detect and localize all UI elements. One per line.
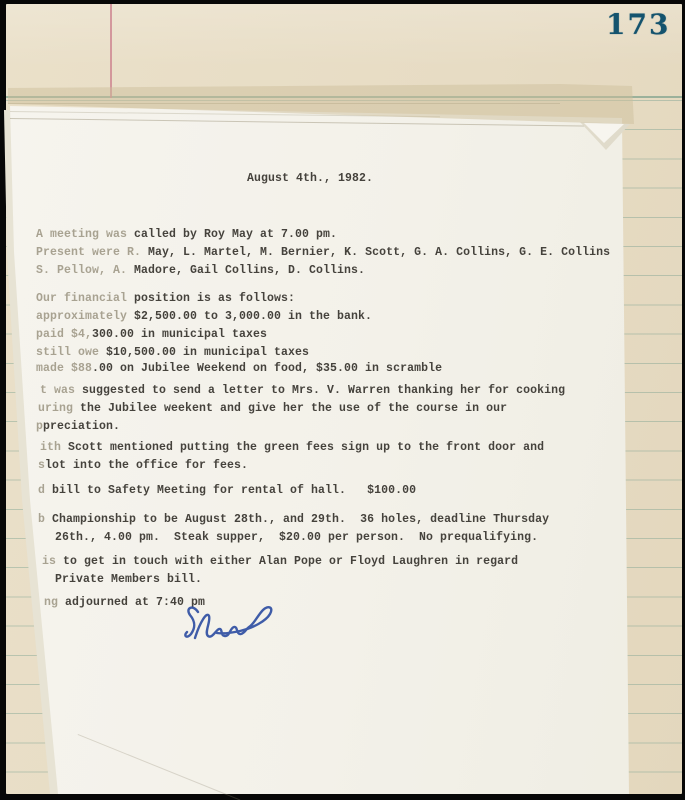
typed-line-faded-prefix: S. Pellow, A. [36, 264, 127, 277]
typed-line-text: Scott mentioned putting the green fees s… [61, 441, 544, 454]
typed-line: ith Scott mentioned putting the green fe… [40, 441, 544, 455]
typed-line-text: lot into the office for fees. [45, 459, 248, 472]
typed-line-text: 300.00 in municipal taxes [92, 328, 267, 341]
typed-line: still owe $10,500.00 in municipal taxes [36, 346, 309, 360]
typed-line: is to get in touch with either Alan Pope… [42, 555, 518, 569]
typed-line-text: May, L. Martel, M. Bernier, K. Scott, G.… [141, 246, 610, 259]
signature-scribble [183, 600, 287, 650]
typed-line-faded-prefix: p [36, 420, 43, 433]
typed-line-faded-prefix: approximately [36, 310, 127, 323]
typed-line: t was suggested to send a letter to Mrs.… [40, 384, 565, 398]
typed-line-text: the Jubilee weekent and give her the use… [73, 402, 507, 415]
signature-path [185, 607, 271, 638]
typed-line-faded-prefix: A meeting was [36, 228, 127, 241]
typed-line: A meeting was called by Roy May at 7.00 … [36, 228, 337, 242]
typed-line: slot into the office for fees. [38, 459, 248, 473]
page-number-stamp: 173 [606, 8, 670, 41]
scanned-page: August 4th., 1982. A meeting was called … [0, 0, 685, 800]
typed-line-text: preciation. [43, 420, 120, 433]
typed-line-text: Madore, Gail Collins, D. Collins. [127, 264, 365, 277]
typed-line-text: 26th., 4.00 pm. Steak supper, $20.00 per… [55, 531, 538, 544]
typed-line-faded-prefix: Present were R. [36, 246, 141, 259]
typed-line-faded-prefix: Our financial [36, 292, 127, 305]
typed-line: b Championship to be August 28th., and 2… [38, 513, 549, 527]
typed-line-faded-prefix: d [38, 484, 45, 497]
typed-line-text: Private Members bill. [55, 573, 202, 586]
typed-line-text: bill to Safety Meeting for rental of hal… [45, 484, 416, 497]
typed-line: Our financial position is as follows: [36, 292, 295, 306]
typed-line-faded-prefix: made $88 [36, 362, 92, 375]
typed-line-text: $10,500.00 in municipal taxes [99, 346, 309, 359]
typed-line-faded-prefix: paid $4, [36, 328, 92, 341]
typed-line-faded-prefix: s [38, 459, 45, 472]
typed-line: 26th., 4.00 pm. Steak supper, $20.00 per… [55, 531, 538, 545]
tape-strip-edge [8, 103, 560, 104]
typed-line: approximately $2,500.00 to 3,000.00 in t… [36, 310, 372, 324]
typed-line-text: Championship to be August 28th., and 29t… [45, 513, 549, 526]
typed-line-text: .00 on Jubilee Weekend on food, $35.00 i… [92, 362, 442, 375]
date-line: August 4th., 1982. [247, 172, 373, 186]
typed-line-faded-prefix: ng [44, 596, 58, 609]
typed-line: paid $4,300.00 in municipal taxes [36, 328, 267, 342]
typed-line: Private Members bill. [55, 573, 202, 587]
typed-line-faded-prefix: ith [40, 441, 61, 454]
typed-line-faded-prefix: is [42, 555, 56, 568]
typed-line-faded-prefix: t was [40, 384, 75, 397]
typed-line: ppreciation. [36, 420, 120, 434]
typed-line-text: $2,500.00 to 3,000.00 in the bank. [127, 310, 372, 323]
typed-line-text: position is as follows: [127, 292, 295, 305]
typed-line: S. Pellow, A. Madore, Gail Collins, D. C… [36, 264, 365, 278]
typed-line-faded-prefix: still owe [36, 346, 99, 359]
typed-line: Present were R. May, L. Martel, M. Berni… [36, 246, 610, 260]
typed-line-text: suggested to send a letter to Mrs. V. Wa… [75, 384, 565, 397]
typed-line-text: to get in touch with either Alan Pope or… [56, 555, 518, 568]
typed-line: uring the Jubilee weekent and give her t… [38, 402, 507, 416]
typed-line-faded-prefix: uring [38, 402, 73, 415]
typed-line: made $88.00 on Jubilee Weekend on food, … [36, 362, 442, 376]
typed-line-faded-prefix: b [38, 513, 45, 526]
typed-line: ng adjourned at 7:40 pm [44, 596, 205, 610]
typed-line-text: called by Roy May at 7.00 pm. [127, 228, 337, 241]
typed-line: d bill to Safety Meeting for rental of h… [38, 484, 416, 498]
